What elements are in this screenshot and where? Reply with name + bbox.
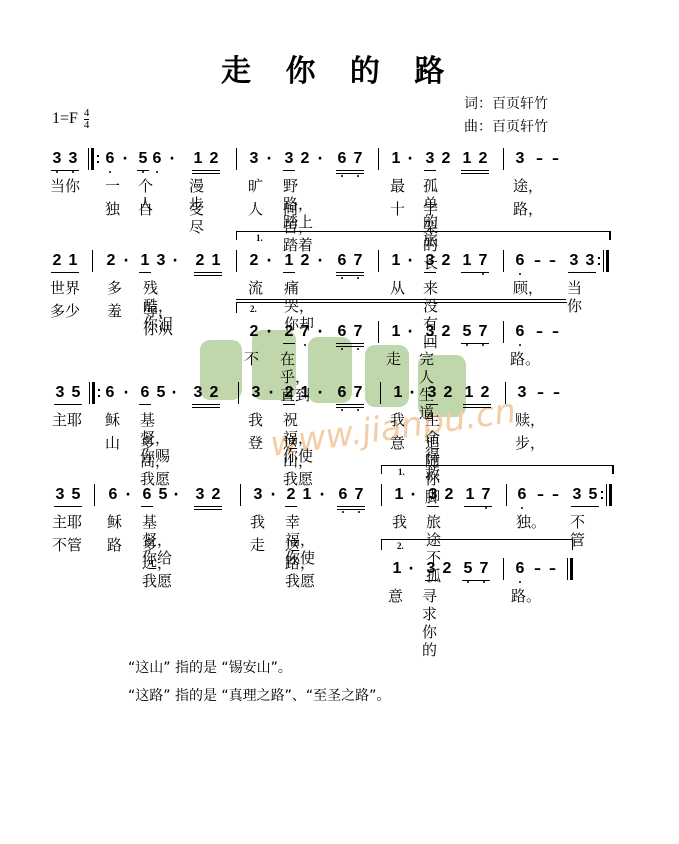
song-title: 走 你 的 路: [221, 46, 456, 90]
lyrics-row-3-verse-1: 主耶 稣 基督，你赐 我 祝福，你使 我 生命得救 赎，: [52, 411, 82, 429]
lyrics-row-1-verse-1: 当你 一 个人 漫步 旷 野路，踏上 最 孤单的旅 途，: [50, 177, 80, 195]
footnote-1: “这山” 指的是 “锡安山”。: [128, 657, 292, 677]
volta-bracket-2: [236, 302, 567, 313]
score-row-1: 33 6· 56 · 12 3· 32 · 67 1· 32 12 3––: [0, 150, 679, 174]
score-row-4: 35 6· 65 · 32 3· 21 · 67 1· 32 17 6–– 35: [0, 486, 679, 510]
score-row-3: 35 6· 65 · 32 3· 21 · 67 1· 32 12 3––: [0, 384, 679, 408]
volta-number-1: 1.: [256, 233, 263, 243]
volta-bracket-2-row-4: [381, 539, 573, 550]
volta-bracket-1-row-4: [381, 465, 614, 474]
time-signature: 4 4: [84, 108, 90, 131]
volta-number-2-row-4: 2.: [397, 541, 404, 551]
footnote-2: “这路” 指的是 “真理之路”、“至圣之路”。: [128, 685, 390, 705]
verse-1-ending-underline: [236, 299, 566, 300]
volta-number-2: 2.: [250, 304, 257, 314]
score-row-2-ending-2: 2· 27 · 67 1· 32 57 6––: [0, 323, 679, 347]
key-signature: 1=F 4 4: [52, 108, 89, 131]
lyrics-row-4-verse-1: 主耶 稣 基督，你给 我 幸福，你使 我 旅途不孤 独。 不管: [52, 513, 82, 531]
lyrics-row-2-verse-1: 世界 多 残酷，你泪 流 痛哭，你却 从 来没有回 顾， 当你: [50, 279, 80, 297]
composer-credit: 曲：百页轩竹: [464, 116, 548, 136]
lyrics-row-2-verse-2: 多少 羞 辱，你从: [50, 302, 80, 320]
score-row-4-ending-2: 1· 32 57 6––: [0, 560, 679, 584]
lyrics-row-4-verse-2: 不管 路 多远，我愿 走 这路，我愿: [52, 536, 82, 554]
lyricist-credit: 词：百页轩竹: [464, 93, 548, 113]
score-row-2: 21 2· 13 · 21 2· 12 · 67 1· 32 17 6–– 33: [0, 252, 679, 276]
volta-number-1-row-4: 1.: [398, 467, 405, 477]
volta-bracket-1: [236, 231, 611, 240]
key-label: 1=F: [52, 110, 78, 127]
